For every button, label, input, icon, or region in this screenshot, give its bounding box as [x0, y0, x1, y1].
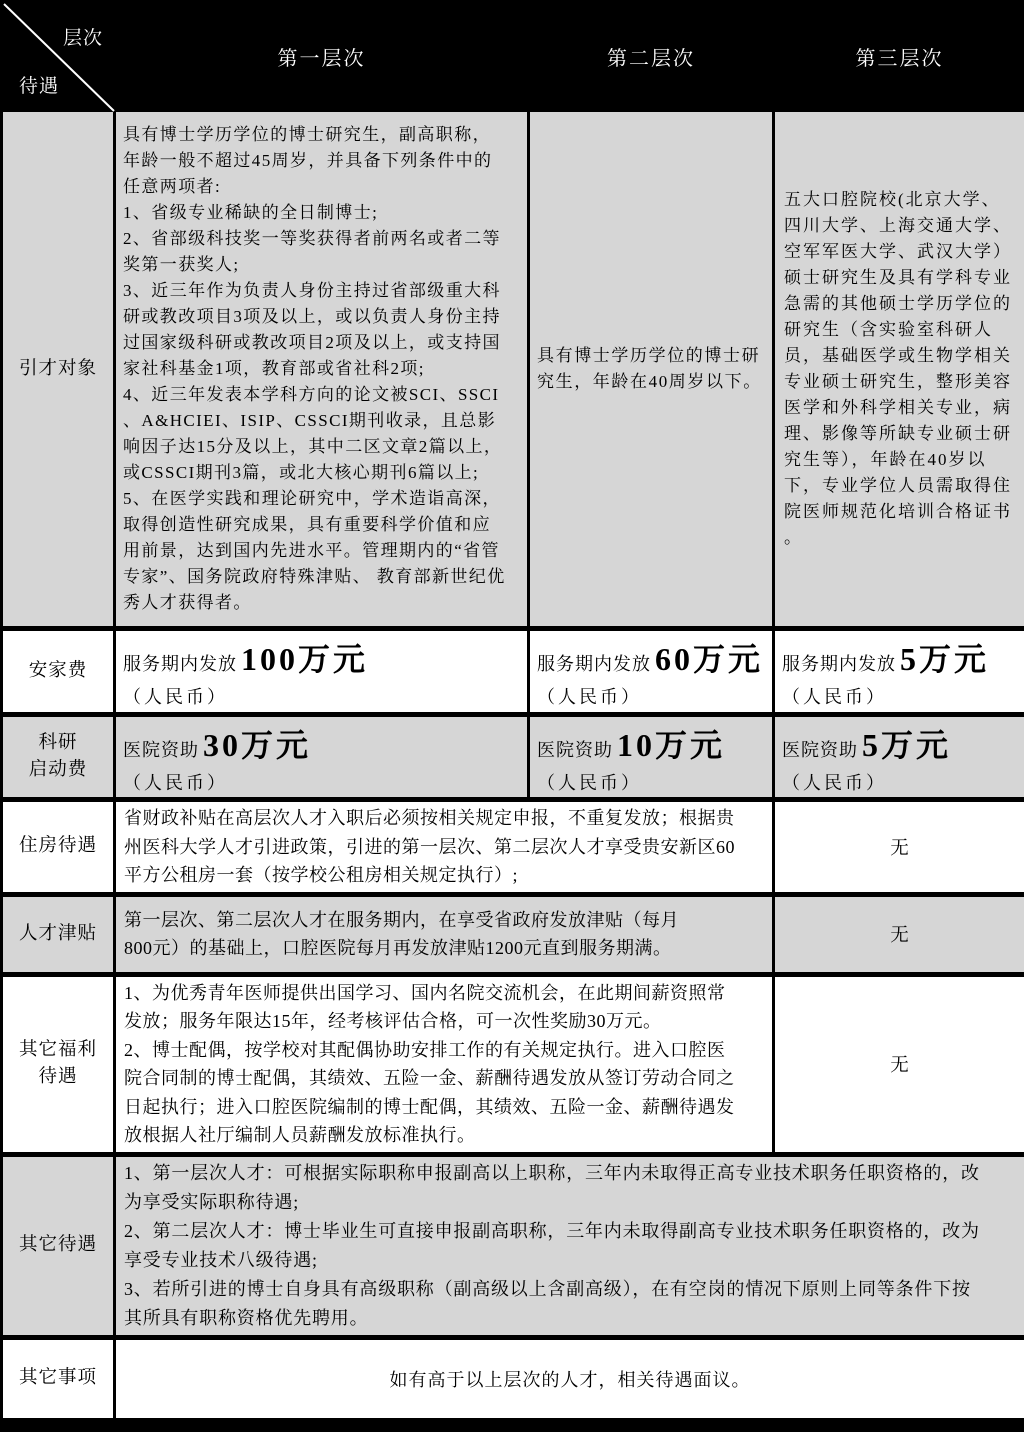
row-talent-subsidy: 人才津贴 第一层次、第二层次人才在服务期内，在享受省政府发放津贴（每月 800元…: [2, 894, 1024, 974]
row-other-treatment: 其它待遇 1、第一层次人才：可根据实际职称申报副高以上职称，三年内未取得正高专业…: [2, 1154, 1024, 1337]
row-recruitment-targets: 引才对象 具有博士学历学位的博士研究生，副高职称， 年龄一般不超过45周岁，并具…: [2, 111, 1024, 629]
amount-prefix: 服务期内发放: [537, 654, 651, 674]
targets-tier2-cell: 具有博士学历学位的博士研 究生，年龄在40周岁以下。: [529, 111, 774, 629]
row-label-settling-allowance: 安家费: [2, 629, 115, 715]
column-header-tier1: 第一层次: [115, 2, 529, 111]
targets-tier1-cell: 具有博士学历学位的博士研究生，副高职称， 年龄一般不超过45周岁，并具备下列条件…: [115, 111, 529, 629]
settling-tier2-cell: 服务期内发放60万元 （人民币）: [529, 629, 774, 715]
settling-tier3-cell: 服务期内发放5万元 （人民币）: [774, 629, 1024, 715]
row-label-recruitment-targets: 引才对象: [2, 111, 115, 629]
row-housing-benefit: 住房待遇 省财政补贴在高层次人才入职后必须按相关规定申报，不重复发放；根据贵 州…: [2, 800, 1024, 895]
row-other-welfare: 其它福利 待遇 1、为优秀青年医师提供出国学习、国内名院交流机会，在此期间薪资照…: [2, 974, 1024, 1154]
other-matters-text-cell: 如有高于以上层次的人才，相关待遇面议。: [115, 1337, 1024, 1419]
benefits-table: 层次 待遇 第一层次 第二层次 第三层次 引才对象 具有博士学历学位的博士研究生…: [0, 0, 1024, 1421]
amount-currency: （人民币）: [782, 769, 1024, 795]
row-label-other-treatment: 其它待遇: [2, 1154, 115, 1337]
amount-prefix: 医院资助: [782, 740, 858, 760]
talent-subsidy-text-cell: 第一层次、第二层次人才在服务期内，在享受省政府发放津贴（每月 800元）的基础上…: [115, 894, 774, 974]
housing-text-cell: 省财政补贴在高层次人才入职后必须按相关规定申报，不重复发放；根据贵 州医科大学人…: [115, 800, 774, 895]
other-welfare-tier3-cell: 无: [774, 974, 1024, 1154]
research-tier1-cell: 医院资助30万元 （人民币）: [115, 715, 529, 800]
amount-currency: （人民币）: [782, 683, 1024, 709]
amount-prefix: 医院资助: [537, 740, 613, 760]
row-label-other-welfare: 其它福利 待遇: [2, 974, 115, 1154]
row-settling-allowance: 安家费 服务期内发放100万元 （人民币） 服务期内发放60万元 （人民币） 服…: [2, 629, 1024, 715]
research-tier3-cell: 医院资助5万元 （人民币）: [774, 715, 1024, 800]
row-research-startup-fund: 科研 启动费 医院资助30万元 （人民币） 医院资助10万元 （人民币） 医院资…: [2, 715, 1024, 800]
row-label-talent-subsidy: 人才津贴: [2, 894, 115, 974]
header-row: 层次 待遇 第一层次 第二层次 第三层次: [2, 2, 1024, 111]
row-label-other-matters: 其它事项: [2, 1337, 115, 1419]
amount-prefix: 服务期内发放: [123, 654, 237, 674]
amount-value: 100万元: [241, 641, 368, 677]
amount-currency: （人民币）: [123, 683, 527, 709]
corner-label-treatment: 待遇: [19, 71, 59, 98]
amount-value: 5万元: [900, 641, 989, 677]
header-corner-cell: 层次 待遇: [2, 2, 115, 111]
other-welfare-text-cell: 1、为优秀青年医师提供出国学习、国内名院交流机会，在此期间薪资照常 发放；服务年…: [115, 974, 774, 1154]
other-treatment-text-cell: 1、第一层次人才：可根据实际职称申报副高以上职称，三年内未取得正高专业技术职务任…: [115, 1154, 1024, 1337]
research-tier2-cell: 医院资助10万元 （人民币）: [529, 715, 774, 800]
amount-value: 10万元: [617, 727, 725, 763]
amount-prefix: 医院资助: [123, 740, 199, 760]
row-label-research-startup-fund: 科研 启动费: [2, 715, 115, 800]
amount-currency: （人民币）: [123, 769, 527, 795]
amount-currency: （人民币）: [537, 769, 772, 795]
row-other-matters: 其它事项 如有高于以上层次的人才，相关待遇面议。: [2, 1337, 1024, 1419]
amount-value: 60万元: [655, 641, 763, 677]
row-label-housing-benefit: 住房待遇: [2, 800, 115, 895]
amount-value: 30万元: [203, 727, 311, 763]
talent-subsidy-tier3-cell: 无: [774, 894, 1024, 974]
corner-label-level: 层次: [63, 23, 103, 50]
column-header-tier2: 第二层次: [529, 2, 774, 111]
column-header-tier3: 第三层次: [774, 2, 1024, 111]
amount-currency: （人民币）: [537, 683, 772, 709]
targets-tier3-cell: 五大口腔院校(北京大学、 四川大学、上海交通大学、 空军军医大学、武汉大学） 硕…: [774, 111, 1024, 629]
housing-tier3-cell: 无: [774, 800, 1024, 895]
settling-tier1-cell: 服务期内发放100万元 （人民币）: [115, 629, 529, 715]
amount-prefix: 服务期内发放: [782, 654, 896, 674]
amount-value: 5万元: [862, 727, 951, 763]
